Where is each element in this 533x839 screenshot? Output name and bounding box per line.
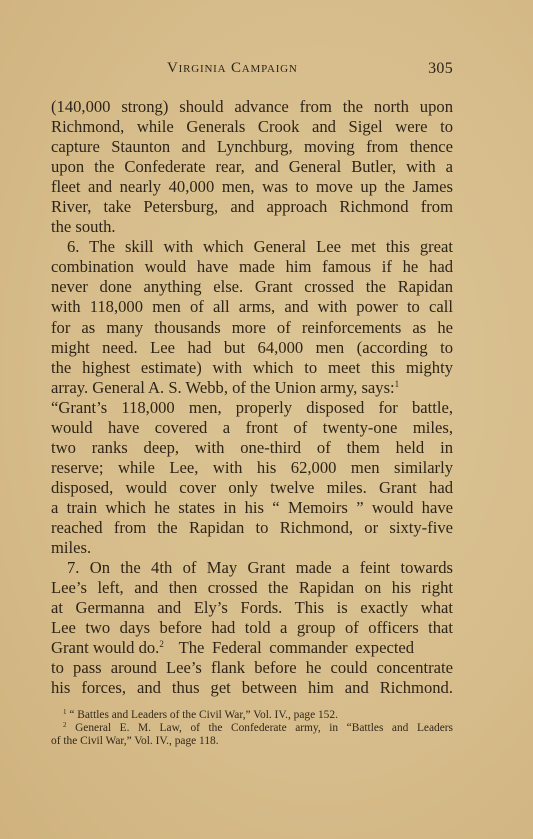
footnote-2: 2 General E. M. Law, of the Confederate …: [51, 722, 453, 735]
footnote-ref-1[interactable]: 1: [395, 379, 400, 389]
text-line: for as many thousands more of reinforcem…: [51, 318, 453, 338]
text-line: might need. Lee had but 64,000 men (acco…: [51, 338, 453, 358]
text-line-with-footnote: array. General A. S. Webb, of the Union …: [51, 378, 453, 398]
paragraph-7-start: 7. On the 4th of May Grant made a feint …: [51, 558, 453, 578]
text-line: two ranks deep, with one-third of them h…: [51, 438, 453, 458]
text-line: would have covered a front of twenty-one…: [51, 418, 453, 438]
page-number: 305: [428, 60, 453, 78]
text-line: Lee two days before had told a group of …: [51, 618, 453, 638]
text-line: never done anything else. Grant crossed …: [51, 277, 453, 297]
text-line: with 118,000 men of all arms, and with p…: [51, 297, 453, 317]
text-segment: Grant would do.: [51, 638, 159, 657]
text-line: reserve; while Lee, with his 62,000 men …: [51, 458, 453, 478]
footnotes: 1 “ Battles and Leaders of the Civil War…: [51, 709, 453, 749]
text-segment: array. General A. S. Webb, of the Union …: [51, 378, 395, 397]
text-line: the highest estimate) with which to meet…: [51, 358, 453, 378]
text-line: (140,000 strong) should advance from the…: [51, 97, 453, 117]
footnote-text: General E. M. Law, of the Confederate ar…: [75, 722, 453, 734]
text-line: combination would have made him famous i…: [51, 257, 453, 277]
footnote-1: 1 “ Battles and Leaders of the Civil War…: [51, 709, 453, 722]
body-text: (140,000 strong) should advance from the…: [51, 97, 453, 698]
text-line: capture Staunton and Lynchburg, moving f…: [51, 137, 453, 157]
text-line: his forces, and thus get between him and…: [51, 678, 453, 698]
footnote-marker: 2: [63, 721, 67, 729]
text-line: disposed, would cover only twelve miles.…: [51, 478, 453, 498]
text-line: reached from the Rapidan to Richmond, or…: [51, 518, 453, 538]
text-line: at Germanna and Ely’s Fords. This is exa…: [51, 598, 453, 618]
text-line: to pass around Lee’s flank before he cou…: [51, 658, 453, 678]
text-line: “Grant’s 118,000 men, properly disposed …: [51, 398, 453, 418]
text-line: a train which he states in his “ Memoirs…: [51, 498, 453, 518]
text-line: Richmond, while Generals Crook and Sigel…: [51, 117, 453, 137]
footnote-2-continued: of the Civil War,” Vol. IV., page 118.: [51, 735, 453, 748]
text-line: Lee’s left, and then crossed the Rapidan…: [51, 578, 453, 598]
book-page: Virginia Campaign 305 (140,000 strong) s…: [0, 0, 533, 839]
running-head: Virginia Campaign 305: [51, 60, 453, 80]
footnote-marker: 1: [63, 708, 67, 716]
text-segment: The Federal commander expected: [164, 638, 414, 657]
text-line: River, take Petersburg, and approach Ric…: [51, 197, 453, 217]
paragraph-6-start: 6. The skill with which General Lee met …: [51, 237, 453, 257]
text-line: fleet and nearly 40,000 men, was to move…: [51, 177, 453, 197]
running-title: Virginia Campaign: [167, 60, 298, 77]
text-line-with-footnote: Grant would do.2 The Federal commander e…: [51, 638, 453, 658]
text-line: miles.: [51, 538, 453, 558]
text-line: the south.: [51, 217, 453, 237]
text-line: upon the Confederate rear, and General B…: [51, 157, 453, 177]
footnote-text: “ Battles and Leaders of the Civil War,”…: [69, 709, 338, 721]
